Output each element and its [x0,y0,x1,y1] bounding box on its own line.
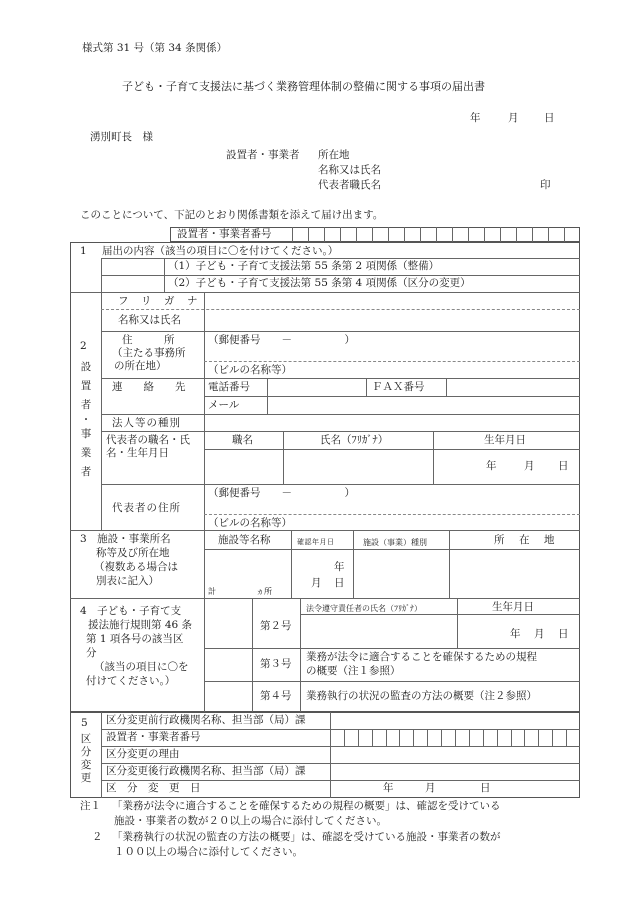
compliance-birth-month: 月 [534,628,545,641]
email-label: メール [208,399,239,412]
rep-header-birth: 生年月日 [484,434,526,447]
note-1-line-1: 「業務が法令に適合することを確保するための規程の概要」は、確認を受けている [112,800,501,813]
section1-number: 1 [80,245,87,258]
confirm-day: 日 [334,577,345,590]
item-2-number: 第２号 [260,620,292,633]
note-1-marker: 注１ [80,800,101,813]
name-label: 名称又は氏名 [118,314,181,327]
facility-type-header: 施設（事業）種別 [363,536,427,549]
section4-label-2: 援法施行規則第 46 条 [88,619,192,632]
submitter-name-label: 名称又は氏名 [318,164,381,177]
section4-label-5: （該当の項目に〇を [94,661,189,674]
rep-label-1: 代表者の職名・氏 [106,434,190,447]
section1-label: 届出の内容（該当の項目に〇を付けてください。） [102,245,338,258]
section5-number: 5 [81,717,88,730]
change-date-label: 区 分 変 更 日 [106,782,201,795]
address-label-2: （主たる事務所 [112,347,186,360]
rep-birth-day: 日 [558,460,569,473]
section1-option-2[interactable]: （2）子ども・子育て支援法第 55 条第 4 項関係（区分の変更） [168,277,471,290]
address-label-1: 住 所 [122,334,175,347]
note-2-marker: ２ [92,831,103,844]
note-1-line-2: 施設・事業者の数が２０以上の場合に添付してください。 [114,815,387,828]
compliance-birth-day: 日 [558,628,569,641]
date-day: 日 [544,112,555,125]
intro-text: このことについて、下記のとおり関係書類を添えて届け出ます。 [80,209,383,222]
item-4-text: 業務執行の状況の監査の方法の概要（注２参照） [306,690,537,703]
location-header: 所 在 地 [494,534,557,547]
note-2-line-2: １００以上の場合に添付してください。 [114,846,303,859]
section3-label-1: 3 施設・事業所名 [80,533,171,546]
operator-number-label-2: 設置者・事業者番号 [106,731,201,744]
change-month: 月 [425,782,436,795]
item-3-number: 第３号 [260,658,292,671]
section1-option-1[interactable]: （1）子ども・子育て支援法第 55 条第 2 項関係（整備） [168,260,439,273]
compliance-birth-year: 年 [510,628,521,641]
facility-name-header: 施設等名称 [218,534,271,547]
section5-vertical-label: 区分変更 [79,733,93,785]
seal-mark: 印 [540,179,551,192]
rep-building-field[interactable]: （ビルの名称等） [208,517,292,530]
facility-count-suffix: ヵ所 [256,585,272,598]
operator-number-label: 設置者・事業者番号 [177,228,272,241]
date-month: 月 [508,112,519,125]
change-day: 日 [480,782,491,795]
compliance-birth-header: 生年月日 [492,601,534,614]
item-4-number: 第４号 [260,690,292,703]
furigana-label: フ リ ガ ナ [118,295,199,308]
rep-postal-field[interactable]: （郵便番号 － ） [208,487,355,500]
section2-vertical-label: 設置者・事業者 [79,358,93,482]
section5-number-cells[interactable] [330,729,580,746]
building-name-field[interactable]: （ビルの名称等） [208,364,292,377]
section3-label-2: 称等及び所在地 [96,547,170,560]
date-year: 年 [470,112,481,125]
section3-label-4: 別表に記入） [96,575,159,588]
addressee: 湧別町長 様 [90,131,153,144]
confirm-month: 月 [311,577,322,590]
fax-label: ＦＡＸ番号 [372,381,425,394]
rep-label-2: 名・生年月日 [106,447,169,460]
confirm-date-header: 確認年月日 [297,536,335,549]
page-title: 子ども・子育て支援法に基づく業務管理体制の整備に関する事項の届出書 [122,80,485,93]
rep-header-name: 氏名（ﾌﾘｶﾞﾅ） [320,434,388,447]
item-3-text-1: 業務が法令に適合することを確保するための規程 [306,651,537,664]
section4-label-4: 分 [86,647,97,660]
note-2-line-1: 「業務執行の状況の監査の方法の概要」は、確認を受けている施設・事業者の数が [112,831,501,844]
rep-birth-month: 月 [524,460,535,473]
corp-type-label: 法人等の種別 [112,417,181,430]
rep-address-label: 代表者の住所 [112,502,181,515]
submitter-rep-label: 代表者職氏名 [318,179,381,192]
section4-label-1: 4 子ども・子育て支 [80,605,181,618]
next-agency-label: 区分変更後行政機関名称、担当部（局）課 [106,765,306,778]
confirm-year: 年 [334,561,345,574]
submitter-address-label: 所在地 [318,149,350,162]
operator-number-cells[interactable] [292,227,580,242]
submitter-label: 設置者・事業者 [226,149,300,162]
address-label-3: の所在地） [114,360,167,373]
form-number: 様式第 31 号（第 34 条関係） [82,42,227,55]
change-year: 年 [383,782,394,795]
rep-birth-year: 年 [486,460,497,473]
item-3-text-2: の概要（注１参照） [306,665,401,678]
section4-label-6: 付けてください。） [86,675,175,688]
change-reason-label: 区分変更の理由 [106,748,180,761]
phone-label: 電話番号 [208,381,250,394]
postal-code-field[interactable]: （郵便番号 － ） [208,334,355,347]
facility-count-prefix: 計 [208,585,216,598]
section2-number: 2 [80,340,87,353]
section4-label-3: 第 1 項各号の該当区 [86,633,183,646]
rep-header-title: 職名 [232,434,253,447]
prev-agency-label: 区分変更前行政機関名称、担当部（局）課 [106,714,306,727]
contact-label: 連 絡 先 [112,381,186,394]
section3-label-3: （複数ある場合は [94,561,178,574]
